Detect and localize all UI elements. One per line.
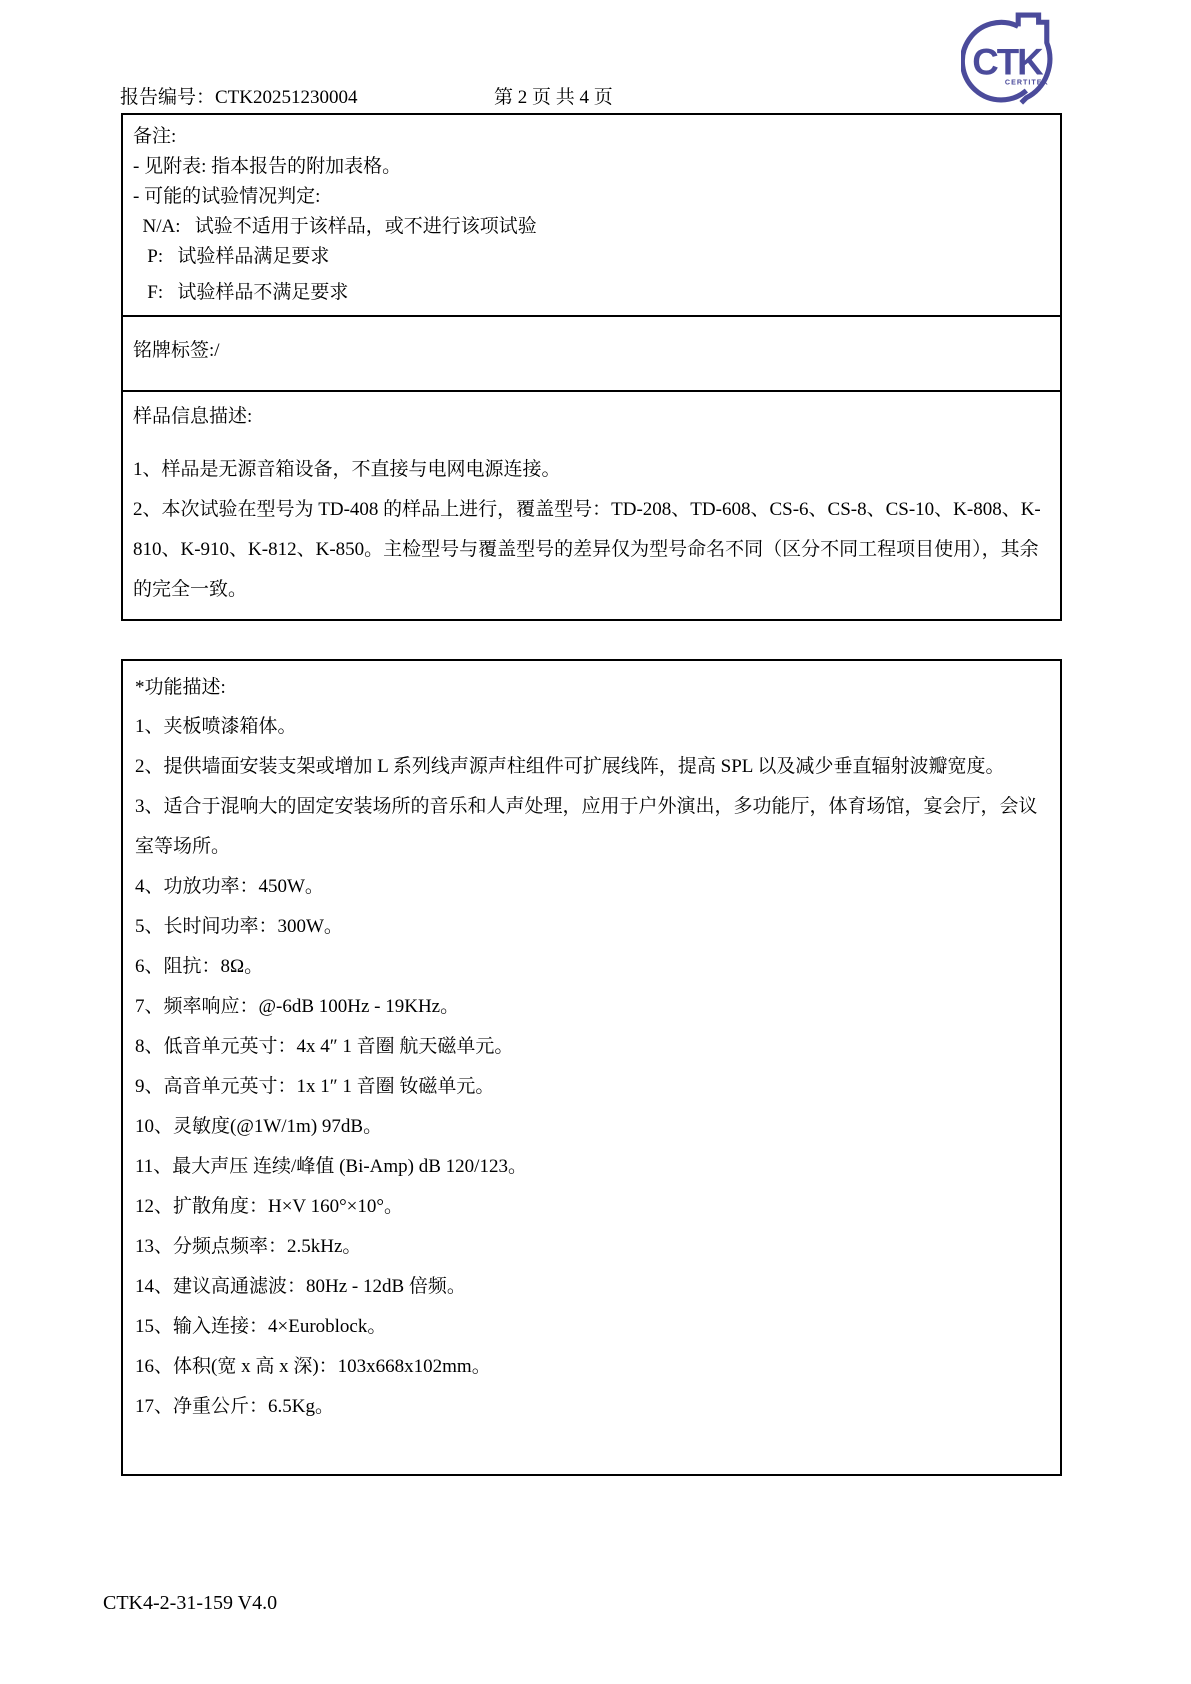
function-item: 1、夹板喷漆箱体。 — [135, 707, 1048, 747]
ctk-logo-icon: CTK CERTITEK — [961, 10, 1055, 110]
function-item: 4、功放功率：450W。 — [135, 867, 1048, 907]
remarks-section: 备注: - 见附表: 指本报告的附加表格。 - 可能的试验情况判定: N/A: … — [123, 115, 1060, 315]
function-item: 11、最大声压 连续/峰值 (Bi-Amp) dB 120/123。 — [135, 1147, 1048, 1187]
function-item: 16、体积(宽 x 高 x 深)：103x668x102mm。 — [135, 1347, 1048, 1387]
function-item: 3、适合于混响大的固定安装场所的音乐和人声处理，应用于户外演出，多功能厅，体育场… — [135, 787, 1048, 867]
function-item: 5、长时间功率：300W。 — [135, 907, 1048, 947]
function-item: 15、输入连接：4×Euroblock。 — [135, 1307, 1048, 1347]
ctk-logo-text: CTK — [972, 41, 1044, 82]
remarks-title: 备注: — [133, 122, 1050, 152]
ctk-logo-subtext: CERTITEK — [1005, 78, 1049, 86]
nameplate-section: 铭牌标签:/ — [123, 315, 1060, 390]
function-item: 6、阻抗：8Ω。 — [135, 947, 1048, 987]
remarks-line: P: 试验样品满足要求 — [133, 242, 1050, 272]
remarks-line: F: 试验样品不满足要求 — [133, 278, 1050, 308]
remarks-line: - 见附表: 指本报告的附加表格。 — [133, 152, 1050, 182]
sample-info-section: 样品信息描述: 1、样品是无源音箱设备，不直接与电网电源连接。 2、本次试验在型… — [123, 390, 1060, 617]
document-code: CTK4-2-31-159 V4.0 — [103, 1592, 277, 1615]
remarks-line: N/A: 试验不适用于该样品，或不进行该项试验 — [133, 212, 1050, 242]
function-item: 14、建议高通滤波：80Hz - 12dB 倍频。 — [135, 1267, 1048, 1307]
sample-paragraph: 1、样品是无源音箱设备，不直接与电网电源连接。 — [133, 450, 1050, 490]
function-description-table: *功能描述: 1、夹板喷漆箱体。 2、提供墙面安装支架或增加 L 系列线声源声柱… — [121, 659, 1062, 1476]
sample-paragraph: 2、本次试验在型号为 TD-408 的样品上进行，覆盖型号：TD-208、TD-… — [133, 490, 1050, 610]
notes-table: 备注: - 见附表: 指本报告的附加表格。 - 可能的试验情况判定: N/A: … — [121, 113, 1062, 621]
function-item: 2、提供墙面安装支架或增加 L 系列线声源声柱组件可扩展线阵，提高 SPL 以及… — [135, 747, 1048, 787]
report-page: 报告编号：CTK20251230004 第 2 页 共 4 页 CTK CERT… — [0, 0, 1191, 1684]
function-item: 8、低音单元英寸：4x 4″ 1 音圈 航天磁单元。 — [135, 1027, 1048, 1067]
remarks-line: - 可能的试验情况判定: — [133, 182, 1050, 212]
nameplate-label: 铭牌标签:/ — [133, 339, 1050, 363]
function-title: *功能描述: — [135, 669, 1048, 707]
function-item: 13、分频点频率：2.5kHz。 — [135, 1227, 1048, 1267]
function-item: 7、频率响应：@-6dB 100Hz - 19KHz。 — [135, 987, 1048, 1027]
page-indicator: 第 2 页 共 4 页 — [494, 82, 613, 109]
function-item: 10、灵敏度(@1W/1m) 97dB。 — [135, 1107, 1048, 1147]
sample-info-title: 样品信息描述: — [133, 402, 1050, 432]
function-item: 9、高音单元英寸：1x 1″ 1 音圈 钕磁单元。 — [135, 1067, 1048, 1107]
function-item: 17、净重公斤：6.5Kg。 — [135, 1387, 1048, 1427]
report-number: 报告编号：CTK20251230004 — [120, 82, 358, 109]
function-item: 12、扩散角度：H×V 160°×10°。 — [135, 1187, 1048, 1227]
